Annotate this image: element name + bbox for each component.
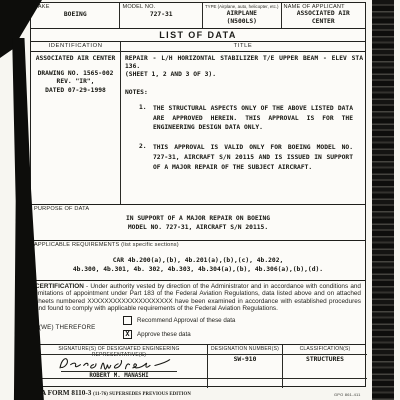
classification-value: STRUCTURES xyxy=(283,356,367,364)
type-label: TYPE (Airplane, auto, helicopter, etc.) xyxy=(205,4,279,9)
notes-label: NOTES: xyxy=(125,89,363,97)
data-body: ASSOCIATED AIR CENTER DRAWING NO. 1565-0… xyxy=(31,52,365,204)
type-value-line2: (N500LS) xyxy=(203,18,281,26)
approve-data-option: X Approve these data xyxy=(123,330,191,339)
model-value: 727-31 xyxy=(120,11,202,19)
recommend-approval-checkbox[interactable] xyxy=(123,316,132,325)
type-cell: TYPE (Airplane, auto, helicopter, etc.) … xyxy=(203,3,282,28)
identification-line: DRAWING NO. 1565-002 xyxy=(31,70,120,78)
note-text: THIS APPROVAL IS VALID ONLY FOR BOEING M… xyxy=(153,143,353,172)
applicant-value: ASSOCIATED AIR CENTER xyxy=(284,10,364,26)
title-column: REPAIR - L/H HORIZONTAL STABILIZER T/E U… xyxy=(121,52,367,204)
note-item: 1. THE STRUCTURAL ASPECTS ONLY OF THE AB… xyxy=(125,104,363,133)
scan-artifact-right-strip xyxy=(372,0,394,400)
designation-column: DESIGNATION NUMBER(S) SW-910 xyxy=(208,345,283,388)
certification-section: CERTIFICATION - Under authority vested b… xyxy=(31,280,365,344)
row-divider xyxy=(283,378,367,379)
divider xyxy=(208,354,282,355)
classification-header: CLASSIFICATION(S) xyxy=(283,346,367,352)
type-value-line1: AIRPLANE xyxy=(203,10,281,18)
gpo-print-note: GPO 861-411 xyxy=(334,392,361,397)
model-label: MODEL NO. xyxy=(122,4,200,10)
footer-edition-note: (11-76) SUPERSEDES PREVIOUS EDITION xyxy=(93,392,191,397)
purpose-of-data-section: PURPOSE OF DATA IN SUPPORT OF A MAJOR RE… xyxy=(31,204,365,240)
approve-data-label: Approve these data xyxy=(137,331,191,338)
applicable-requirements-section: APPLICABLE REQUIREMENTS (list specific s… xyxy=(31,240,365,280)
purpose-label: PURPOSE OF DATA xyxy=(34,206,362,212)
row-divider xyxy=(31,378,207,379)
header-row: MAKE BOEING MODEL NO. 727-31 TYPE (Airpl… xyxy=(31,3,365,28)
identification-line: DATED 07-29-1998 xyxy=(31,87,120,95)
identification-column: ASSOCIATED AIR CENTER DRAWING NO. 1565-0… xyxy=(31,52,121,204)
note-number: 1. xyxy=(139,104,153,133)
note-item: 2. THIS APPROVAL IS VALID ONLY FOR BOEIN… xyxy=(125,143,363,172)
scanned-faa-form-8110-3: MAKE BOEING MODEL NO. 727-31 TYPE (Airpl… xyxy=(0,0,400,400)
applicant-cell: NAME OF APPLICANT ASSOCIATED AIR CENTER xyxy=(282,3,366,28)
make-cell: MAKE BOEING xyxy=(31,3,120,28)
certification-lead: CERTIFICATION xyxy=(35,283,84,290)
divider xyxy=(283,354,367,355)
make-label: MAKE xyxy=(33,4,117,10)
identification-line: REV. "IR", xyxy=(31,78,120,86)
certification-text: CERTIFICATION - Under authority vested b… xyxy=(35,283,361,313)
form-number-footer: FAA FORM 8110-3 (11-76) SUPERSEDES PREVI… xyxy=(32,389,191,397)
list-of-data-title: LIST OF DATA xyxy=(31,28,365,42)
title-line: 136. xyxy=(125,63,363,71)
approve-data-checkbox[interactable]: X xyxy=(123,330,132,339)
designation-value: SW-910 xyxy=(208,356,282,364)
signature-table: SIGNATURE(S) OF DESIGNATED ENGINEERING R… xyxy=(31,344,365,388)
handwritten-signature xyxy=(53,354,193,372)
designation-header: DESIGNATION NUMBER(S) xyxy=(208,346,282,352)
purpose-line: MODEL NO. 727-31, AIRCRAFT S/N 20115. xyxy=(34,224,362,232)
certification-body: - Under authority vested by direction of… xyxy=(35,283,361,312)
requirements-line: 4b.300, 4b.301, 4b. 302, 4b.303, 4b.304(… xyxy=(34,266,362,274)
title-line: (SHEET 1, 2 AND 3 OF 3). xyxy=(125,71,363,79)
form-body: MAKE BOEING MODEL NO. 727-31 TYPE (Airpl… xyxy=(30,2,366,387)
identification-line: ASSOCIATED AIR CENTER xyxy=(31,55,120,63)
requirements-label: APPLICABLE REQUIREMENTS (list specific s… xyxy=(34,242,362,248)
identification-header: IDENTIFICATION xyxy=(31,42,121,51)
therefore-label: I (WE) THEREFORE xyxy=(35,324,96,331)
make-value: BOEING xyxy=(31,11,119,19)
classification-column: CLASSIFICATION(S) STRUCTURES xyxy=(283,345,367,388)
signature-column: SIGNATURE(S) OF DESIGNATED ENGINEERING R… xyxy=(31,345,208,388)
row-divider xyxy=(208,378,282,379)
title-line: REPAIR - L/H HORIZONTAL STABILIZER T/E U… xyxy=(125,55,363,63)
column-headers-row: IDENTIFICATION TITLE xyxy=(31,42,365,52)
requirements-line: CAR 4b.200(a),(b), 4b.201(a),(b),(c), 4b… xyxy=(34,257,362,265)
purpose-line: IN SUPPORT OF A MAJOR REPAIR ON BOEING xyxy=(34,215,362,223)
model-cell: MODEL NO. 727-31 xyxy=(120,3,203,28)
recommend-approval-label: Recommend Approval of these data xyxy=(137,317,235,324)
note-number: 2. xyxy=(139,143,153,172)
title-header: TITLE xyxy=(121,42,365,51)
recommend-approval-option: Recommend Approval of these data xyxy=(123,316,235,325)
note-text: THE STRUCTURAL ASPECTS ONLY OF THE ABOVE… xyxy=(153,104,353,133)
